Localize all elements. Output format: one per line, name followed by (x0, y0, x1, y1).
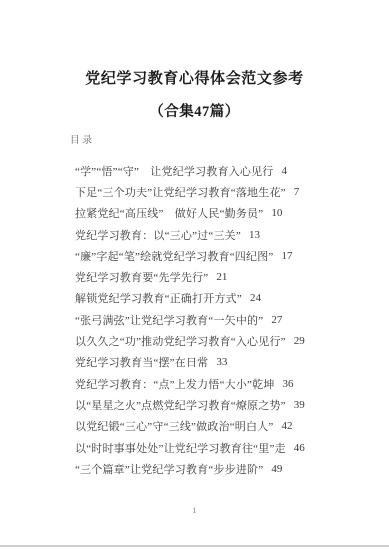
toc-entry-page-number: 49 (271, 463, 282, 475)
toc-entry-title: 党纪学习教育：“点”上发力悟“大小”乾坤 (75, 376, 275, 392)
toc-entry[interactable]: 党纪学习教育当“摆”在日常 33 (75, 352, 379, 373)
toc-entry[interactable]: 党纪学习教育要“先学先行” 21 (75, 266, 379, 287)
toc-entry[interactable]: 以“时时事事处处”让党纪学习教育往“里”走 46 (75, 437, 379, 458)
toc-entry[interactable]: 拉紧党纪“高压线” 做好人民“勤务员” 10 (75, 203, 379, 224)
toc-entry[interactable]: “张弓满弦”让党纪学习教育“一矢中的” 27 (75, 309, 379, 330)
toc-entry[interactable]: 以党纪锻“三心”守“三线”做政治“明白人” 42 (75, 416, 379, 437)
toc-entry-page-number: 7 (294, 186, 300, 198)
toc-entry-title: “张弓满弦”让党纪学习教育“一矢中的” (75, 312, 263, 328)
document-title: 党纪学习教育心得体会范文参考 (0, 67, 389, 88)
toc-entry-title: 以“时时事事处处”让党纪学习教育往“里”走 (75, 440, 286, 456)
toc-entry-page-number: 24 (250, 292, 261, 304)
toc-entry-title: 以“星星之火”点燃党纪学习教育“燎原之势” (75, 397, 286, 413)
toc-list: “学”“悟”“守” 让党纪学习教育入心见行 4 下足“三个功夫”让党纪学习教育“… (75, 160, 379, 479)
toc-entry-page-number: 42 (282, 420, 293, 432)
toc-entry-page-number: 36 (283, 378, 294, 390)
toc-heading: 目录 (70, 132, 95, 146)
toc-entry[interactable]: 以“星星之火”点燃党纪学习教育“燎原之势” 39 (75, 394, 379, 415)
document-page: 党纪学习教育心得体会范文参考 （合集47篇） 目录 “学”“悟”“守” 让党纪学… (0, 0, 389, 550)
toc-entry-title: “三个篇章”让党纪学习教育“步步进阶” (75, 461, 263, 477)
page-number: 1 (0, 506, 389, 515)
document-subtitle: （合集47篇） (0, 100, 389, 121)
toc-entry-title: “廉”字起“笔”绘就党纪学习教育“四纪图” (75, 248, 274, 264)
toc-entry-title: 党纪学习教育要“先学先行” (75, 269, 208, 285)
toc-entry-title: 解锁党纪学习教育“正确打开方式” (75, 290, 242, 306)
toc-entry-title: 党纪学习教育：以“三心”过“三关” (75, 227, 241, 243)
toc-entry[interactable]: “学”“悟”“守” 让党纪学习教育入心见行 4 (75, 160, 379, 181)
toc-entry-title: 拉紧党纪“高压线” 做好人民“勤务员” (75, 205, 263, 221)
toc-entry[interactable]: 下足“三个功夫”让党纪学习教育“落地生花” 7 (75, 181, 379, 202)
page-bottom-edge (0, 545, 389, 547)
toc-entry-title: 下足“三个功夫”让党纪学习教育“落地生花” (75, 184, 286, 200)
toc-entry-page-number: 4 (282, 165, 288, 177)
toc-entry-page-number: 46 (294, 442, 305, 454)
toc-entry[interactable]: “廉”字起“笔”绘就党纪学习教育“四纪图” 17 (75, 245, 379, 266)
toc-entry-title: 党纪学习教育当“摆”在日常 (75, 354, 208, 370)
toc-entry-title: 以久久之“功”推动党纪学习教育“入心见行” (75, 333, 286, 349)
toc-entry[interactable]: 解锁党纪学习教育“正确打开方式” 24 (75, 288, 379, 309)
toc-entry-page-number: 29 (294, 335, 305, 347)
toc-entry-page-number: 17 (282, 250, 293, 262)
toc-entry[interactable]: 党纪学习教育：“点”上发力悟“大小”乾坤 36 (75, 373, 379, 394)
toc-entry[interactable]: 以久久之“功”推动党纪学习教育“入心见行” 29 (75, 330, 379, 351)
toc-entry-page-number: 27 (271, 314, 282, 326)
toc-entry-title: “学”“悟”“守” 让党纪学习教育入心见行 (75, 163, 274, 179)
toc-entry-page-number: 39 (294, 399, 305, 411)
toc-entry-page-number: 21 (216, 271, 227, 283)
toc-entry-page-number: 10 (271, 207, 282, 219)
toc-entry[interactable]: 党纪学习教育：以“三心”过“三关” 13 (75, 224, 379, 245)
toc-entry-page-number: 13 (249, 229, 260, 241)
toc-entry-page-number: 33 (216, 356, 227, 368)
toc-entry[interactable]: “三个篇章”让党纪学习教育“步步进阶” 49 (75, 458, 379, 479)
toc-entry-title: 以党纪锻“三心”守“三线”做政治“明白人” (75, 418, 274, 434)
